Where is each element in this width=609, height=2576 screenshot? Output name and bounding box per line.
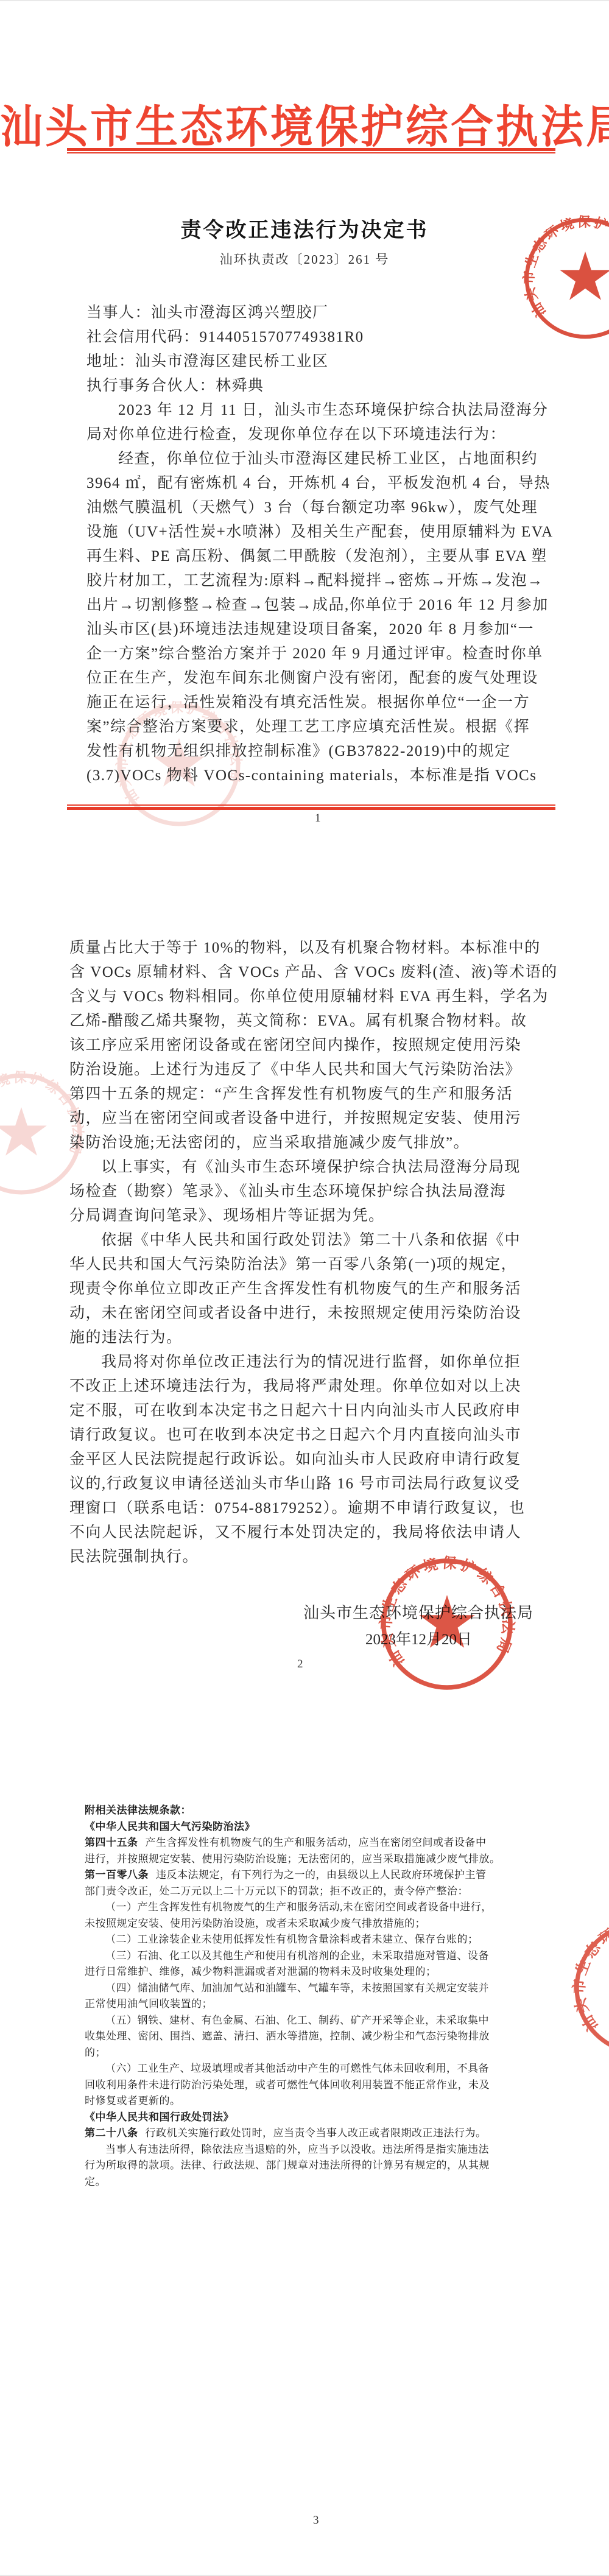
seal-fragment-page3-icon: 汕头市生态环境保护综合执法局	[571, 1918, 609, 2058]
page1-body: 当事人：汕头市澄海区鸿兴塑胶厂社会信用代码：91440515707749381R…	[86, 301, 568, 788]
scanned-official-document: 汕头市生态环境保护综合执法局 责令改正违法行为决定书 汕环执责改〔2023〕26…	[0, 0, 609, 2576]
body-line: 出片→切割修整→检查→包装→成品,你单位于 2016 年 12 月参加	[86, 593, 568, 618]
letterhead-rule	[67, 148, 555, 153]
body-line: 以上事实，有《汕头市生态环境保护综合执法局澄海分局现	[69, 1155, 557, 1180]
body-line: 依据《中华人民共和国行政处罚法》第二十八条和依据《中	[69, 1228, 557, 1253]
appendix-line: 当事人有违法所得，除依法应当退赔的外，应当予以没收。违法所得是指实施违法	[85, 2142, 560, 2158]
appendix-line: 的；	[85, 2045, 560, 2061]
body-line: 理窗口（联系电话：0754-88179252）。逾期不申请行政复议，也	[69, 1496, 557, 1521]
body-line: 案”综合整治方案要求，处理工艺工序应填充活性炭。根据《挥	[86, 715, 568, 739]
article-number: 第二十八条	[85, 2127, 138, 2139]
appendix-line: 回收利用条件未进行防治污染处理，或者可燃性气体回收利用装置不能正常作业，未及	[85, 2077, 560, 2094]
body-line: 该工序应采用密闭设备或在密闭空间内操作，按照规定使用污染	[69, 1033, 557, 1058]
body-line: 场检查（勘察）笔录》、《汕头市生态环境保护综合执法局澄海	[69, 1180, 557, 1204]
appendix-line: 附相关法律法规条款：	[85, 1803, 560, 1819]
body-line: 第四十五条的规定：“产生含挥发性有机物废气的生产和服务活	[69, 1082, 557, 1107]
appendix-line: 部门责令改正，处二万元以上二十万元以下的罚款；拒不改正的，责令停产整治：	[85, 1884, 560, 1900]
page1-footer-rule	[67, 804, 555, 810]
body-line: 设施（UV+活性炭+水喷淋）及相关生产配套，使用原辅料为 EVA	[86, 520, 568, 544]
signature-agency: 汕头市生态环境保护综合执法局	[303, 1600, 541, 1623]
appendix-legal-provisions: 附相关法律法规条款：《中华人民共和国大气污染防治法》第四十五条产生含挥发性有机物…	[85, 1803, 560, 2190]
appendix-line: 未按照规定安装、使用污染防治设施，或者未采取减少废气排放措施的；	[85, 1916, 560, 1932]
appendix-line: 第四十五条产生含挥发性有机物废气的生产和服务活动，应当在密闭空间或者设备中	[85, 1835, 560, 1851]
appendix-line: 《中华人民共和国行政处罚法》	[85, 2110, 560, 2126]
appendix-line: 行为所取得的款项。法律、行政法规、部门规章对违法所得的计算另有规定的，从其规	[85, 2158, 560, 2174]
body-line: 发性有机物无组织排放控制标准》(GB37822-2019)中的规定	[86, 739, 568, 764]
body-line: 地址：汕头市澄海区建民桥工业区	[86, 350, 568, 374]
body-line: 局对你单位进行检查，发现你单位存在以下环境违法行为：	[86, 423, 568, 447]
body-line: 施的违法行为。	[69, 1326, 557, 1350]
appendix-line: 第二十八条行政机关实施行政处罚时，应当责令当事人改正或者限期改正违法行为。	[85, 2125, 560, 2142]
body-line: (3.7)VOCs 物料 VOCs-containing materials，本…	[86, 764, 568, 788]
page-number-1: 1	[315, 812, 321, 825]
appendix-line: 正常使用油气回收装置的；	[85, 1996, 560, 2013]
body-line: 汕头市区(县)环境违法违规建设项目备案，2020 年 8 月参加“一	[86, 618, 568, 642]
body-line: 防治设施。上述行为违反了《中华人民共和国大气污染防治法》	[69, 1058, 557, 1082]
appendix-line: （六）工业生产、垃圾填埋或者其他活动中产生的可燃性气体未回收利用，不具备	[85, 2061, 560, 2077]
body-line: 油燃气膜温机（天燃气）3 台（每台额定功率 96kw），废气处理	[86, 496, 568, 520]
body-line: 含 VOCs 原辅材料、含 VOCs 产品、含 VOCs 废料(渣、液)等术语的	[69, 960, 557, 985]
body-line: 执行事务合伙人：林舜典	[86, 374, 568, 398]
appendix-line: 第一百零八条违反本法规定，有下列行为之一的，由县级以上人民政府环境保护主管	[85, 1867, 560, 1884]
body-line: 华人民共和国大气污染防治法》第一百零八条第(一)项的规定，	[69, 1253, 557, 1277]
body-line: 不改正上述环境违法行为，我局将严肃处理。你单位如对以上决	[69, 1374, 557, 1399]
body-line: 动，未在密闭空间或者设备中进行，未按照规定使用污染防治设	[69, 1301, 557, 1326]
body-line: 2023 年 12 月 11 日，汕头市生态环境保护综合执法局澄海分	[86, 398, 568, 423]
document-title: 责令改正违法行为决定书	[0, 213, 609, 243]
appendix-line: 定。	[85, 2174, 560, 2191]
appendix-line: 时修复或者更新的。	[85, 2093, 560, 2110]
body-line: 现责令你单位立即改正产生含挥发性有机物废气的生产和服务活	[69, 1277, 557, 1301]
body-line: 染防治设施;无法密闭的，应当采取措施减少废气排放”。	[69, 1131, 557, 1155]
body-line: 议的,行政复议申请径送汕头市华山路 16 号市司法局行政复议受	[69, 1472, 557, 1496]
body-line: 胶片材加工，工艺流程为:原料→配料搅拌→密炼→开炼→发泡→	[86, 569, 568, 593]
svg-text:汕头市生态环境保护综合执法局: 汕头市生态环境保护综合执法局	[571, 1918, 609, 2034]
body-line: 我局将对你单位改正违法行为的情况进行监督，如你单位拒	[69, 1350, 557, 1374]
body-line: 企一方案”综合整治方案并于 2020 年 9 月通过评审。检查时你单	[86, 642, 568, 666]
body-line: 3964 ㎡，配有密炼机 4 台，开炼机 4 台，平板发泡机 4 台，导热	[86, 471, 568, 496]
body-line: 施正在运行，活性炭箱没有填充活性炭。根据你单位“一企一方	[86, 691, 568, 715]
body-line: 不向人民法院起诉，又不履行本处罚决定的，我局将依法申请人	[69, 1521, 557, 1545]
body-line: 金平区人民法院提起行政诉讼。如向汕头市人民政府申请行政复	[69, 1448, 557, 1472]
document-number: 汕环执责改〔2023〕261 号	[0, 250, 609, 268]
agency-letterhead: 汕头市生态环境保护综合执法局	[0, 91, 609, 155]
page-number-3: 3	[313, 2514, 319, 2527]
appendix-line: （五）钢铁、建材、有色金属、石油、化工、制药、矿产开采等企业，未采取集中	[85, 2013, 560, 2029]
page-number-2: 2	[297, 1658, 303, 1671]
appendix-line: 进行日常维护、维修，减少物料泄漏或者对泄漏的物料未及时收集处理的；	[85, 1964, 560, 1980]
body-line: 质量占比大于等于 10%的物料，以及有机聚合物材料。本标准中的	[69, 936, 557, 960]
appendix-line: 《中华人民共和国大气污染防治法》	[85, 1819, 560, 1835]
appendix-line: 进行，并按照规定安装、使用污染防治设施；无法密闭的，应当采取措施减少废气排放。	[85, 1851, 560, 1868]
appendix-line: （一）产生含挥发性有机物废气的生产和服务活动,未在密闭空间或者设备中进行，	[85, 1899, 560, 1916]
appendix-line: （四）储油储气库、加油加气站和油罐车、气罐车等，未按照国家有关规定安装并	[85, 1980, 560, 1997]
body-line: 当事人：汕头市澄海区鸿兴塑胶厂	[86, 301, 568, 325]
article-number: 第四十五条	[85, 1837, 138, 1848]
body-line: 再生料、PE 高压粉、偶氮二甲酰胺（发泡剂），主要从事 EVA 塑	[86, 544, 568, 569]
signature-date: 2023年12月20日	[365, 1627, 487, 1649]
article-number: 第一百零八条	[85, 1869, 149, 1881]
body-line: 请行政复议。也可在收到本决定书之日起六个月内直接向汕头市	[69, 1423, 557, 1448]
page2-body: 质量占比大于等于 10%的物料，以及有机聚合物材料。本标准中的含 VOCs 原辅…	[69, 936, 557, 1569]
body-line: 定不服，可在收到本决定书之日起六十日内向汕头市人民政府申	[69, 1399, 557, 1423]
appendix-line: 收集处理、密闭、围挡、遮盖、清扫、洒水等措施，控制、减少粉尘和气态污染物排放	[85, 2029, 560, 2045]
body-line: 乙烯-醋酸乙烯共聚物，英文简称：EVA。属有机聚合物材料。故	[69, 1009, 557, 1033]
appendix-line: （二）工业涂装企业未使用低挥发性有机物含量涂料或者未建立、保存台账的；	[85, 1932, 560, 1948]
body-line: 民法院强制执行。	[69, 1545, 557, 1569]
official-seal-page2-icon: 汕头市生态环境保护综合执法局	[378, 1555, 516, 1693]
body-line: 含义与 VOCs 物料相同。你单位使用原辅材料 EVA 再生料，学名为	[69, 985, 557, 1009]
body-line: 社会信用代码：91440515707749381R0	[86, 325, 568, 350]
body-line: 位正在生产，发泡车间东北侧窗户没有密闭，配套的废气处理设	[86, 666, 568, 691]
body-line: 动，应当在密闭空间或者设备中进行，并按照规定安装、使用污	[69, 1107, 557, 1131]
appendix-line: （三）石油、化工以及其他生产和使用有机溶剂的企业，未采取措施对管道、设备	[85, 1948, 560, 1965]
body-line: 分局调查询问笔录》、现场相片等证据为凭。	[69, 1204, 557, 1228]
body-line: 经查，你单位位于汕头市澄海区建民桥工业区，占地面积约	[86, 447, 568, 471]
